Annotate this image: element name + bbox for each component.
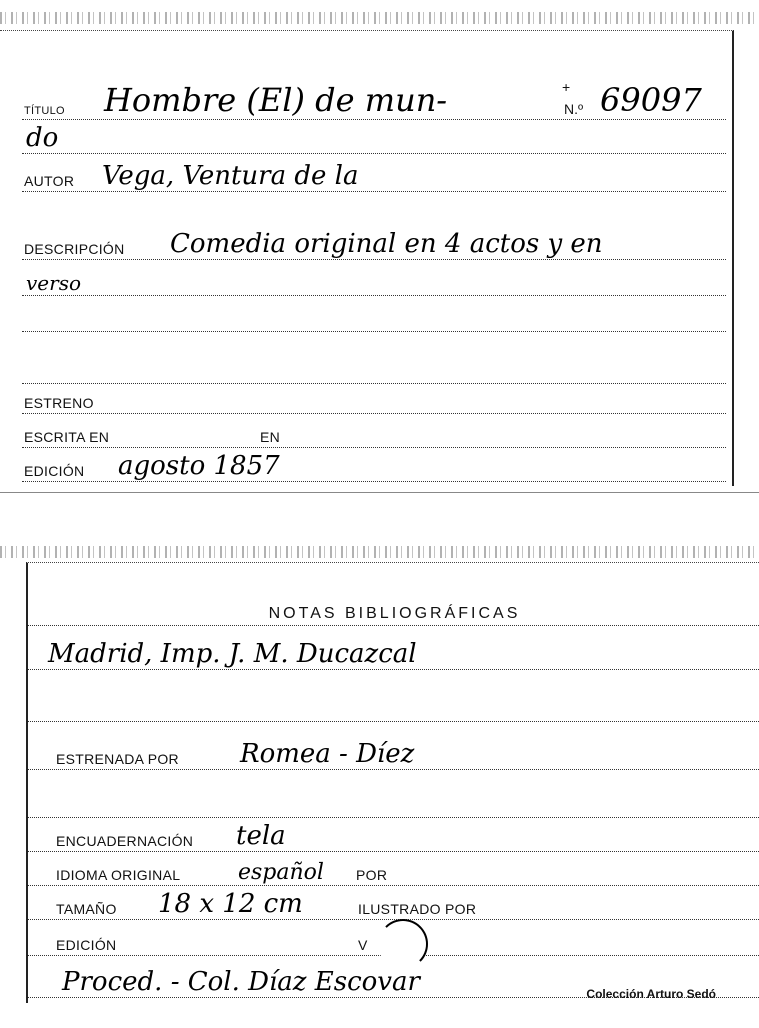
idioma-value: español [238,860,324,885]
edicion-row: EDICIÓN agosto 1857 [22,451,726,482]
notas-row: Madrid, Imp. J. M. Ducazcal [28,639,759,670]
titulo-row: TÍTULO Hombre (El) de mun- + N.º 69097 [22,89,726,120]
scan-noise-top [0,12,759,24]
number-value: 69097 [600,81,702,119]
procedencia-value: Proced. - Col. Díaz Escovar [62,967,420,997]
estrenada-por-label: ESTRENADA POR [56,751,179,767]
idioma-por-label: POR [356,867,387,883]
edicion-back-row: EDICIÓN V [28,925,759,956]
escrita-en-row: ESCRITA EN EN [22,417,726,448]
en-label: EN [260,429,280,445]
encuadernacion-row: ENCUADERNACIÓN tela [28,821,759,852]
estreno-row: ESTRENO [22,383,726,414]
estrenada-por-row: ESTRENADA POR Romea - Díez [28,739,759,770]
blank-row [22,353,726,384]
autor-value: Vega, Ventura de la [102,161,358,191]
descripcion-value-cont: verso [26,271,81,295]
autor-label: AUTOR [24,173,74,189]
edicion-back-label: EDICIÓN [56,937,116,953]
ilustrado-por-label: ILUSTRADO POR [358,901,476,917]
idioma-row: IDIOMA ORIGINAL español POR [28,855,759,886]
descripcion-label: DESCRIPCIÓN [24,241,125,257]
estreno-label: ESTRENO [24,395,94,411]
scan-noise-middle [0,546,759,558]
edicion-label: EDICIÓN [24,463,84,479]
card-divider [0,492,759,493]
number-label: N.º [564,101,583,117]
tamano-row: TAMAÑO 18 x 12 cm ILUSTRADO POR [28,889,759,920]
edicion-mark: V [358,937,368,953]
titulo-row-2: do [22,123,726,154]
descripcion-row-2: verso [22,265,726,296]
tamano-value: 18 x 12 cm [158,889,303,919]
encuadernacion-label: ENCUADERNACIÓN [56,833,193,849]
escrita-en-label: ESCRITA EN [24,429,109,445]
encuadernacion-value: tela [236,821,286,851]
idioma-label: IDIOMA ORIGINAL [56,867,180,883]
descripcion-value: Comedia original en 4 actos y en [170,229,603,259]
titulo-label: TÍTULO [24,105,65,117]
titulo-value-cont: do [26,123,58,153]
descripcion-row: DESCRIPCIÓN Comedia original en 4 actos … [22,229,726,260]
autor-row: AUTOR Vega, Ventura de la [22,161,726,192]
catalog-card-front: TÍTULO Hombre (El) de mun- + N.º 69097 d… [0,30,734,486]
titulo-value: Hombre (El) de mun- [104,81,447,119]
blank-row [28,691,759,722]
number-mark: + [562,79,570,95]
blank-row [22,301,726,332]
notas-value: Madrid, Imp. J. M. Ducazcal [48,639,417,669]
stamp-circle-icon [378,919,428,969]
collection-footer: Colección Arturo Sedó [586,987,716,1001]
blank-row [28,787,759,818]
edicion-value: agosto 1857 [118,451,280,481]
estrenada-por-value: Romea - Díez [240,739,414,769]
catalog-card-back: NOTAS BIBLIOGRÁFICAS Madrid, Imp. J. M. … [26,562,759,1003]
tamano-label: TAMAÑO [56,901,117,917]
notas-top-rule [28,595,759,626]
